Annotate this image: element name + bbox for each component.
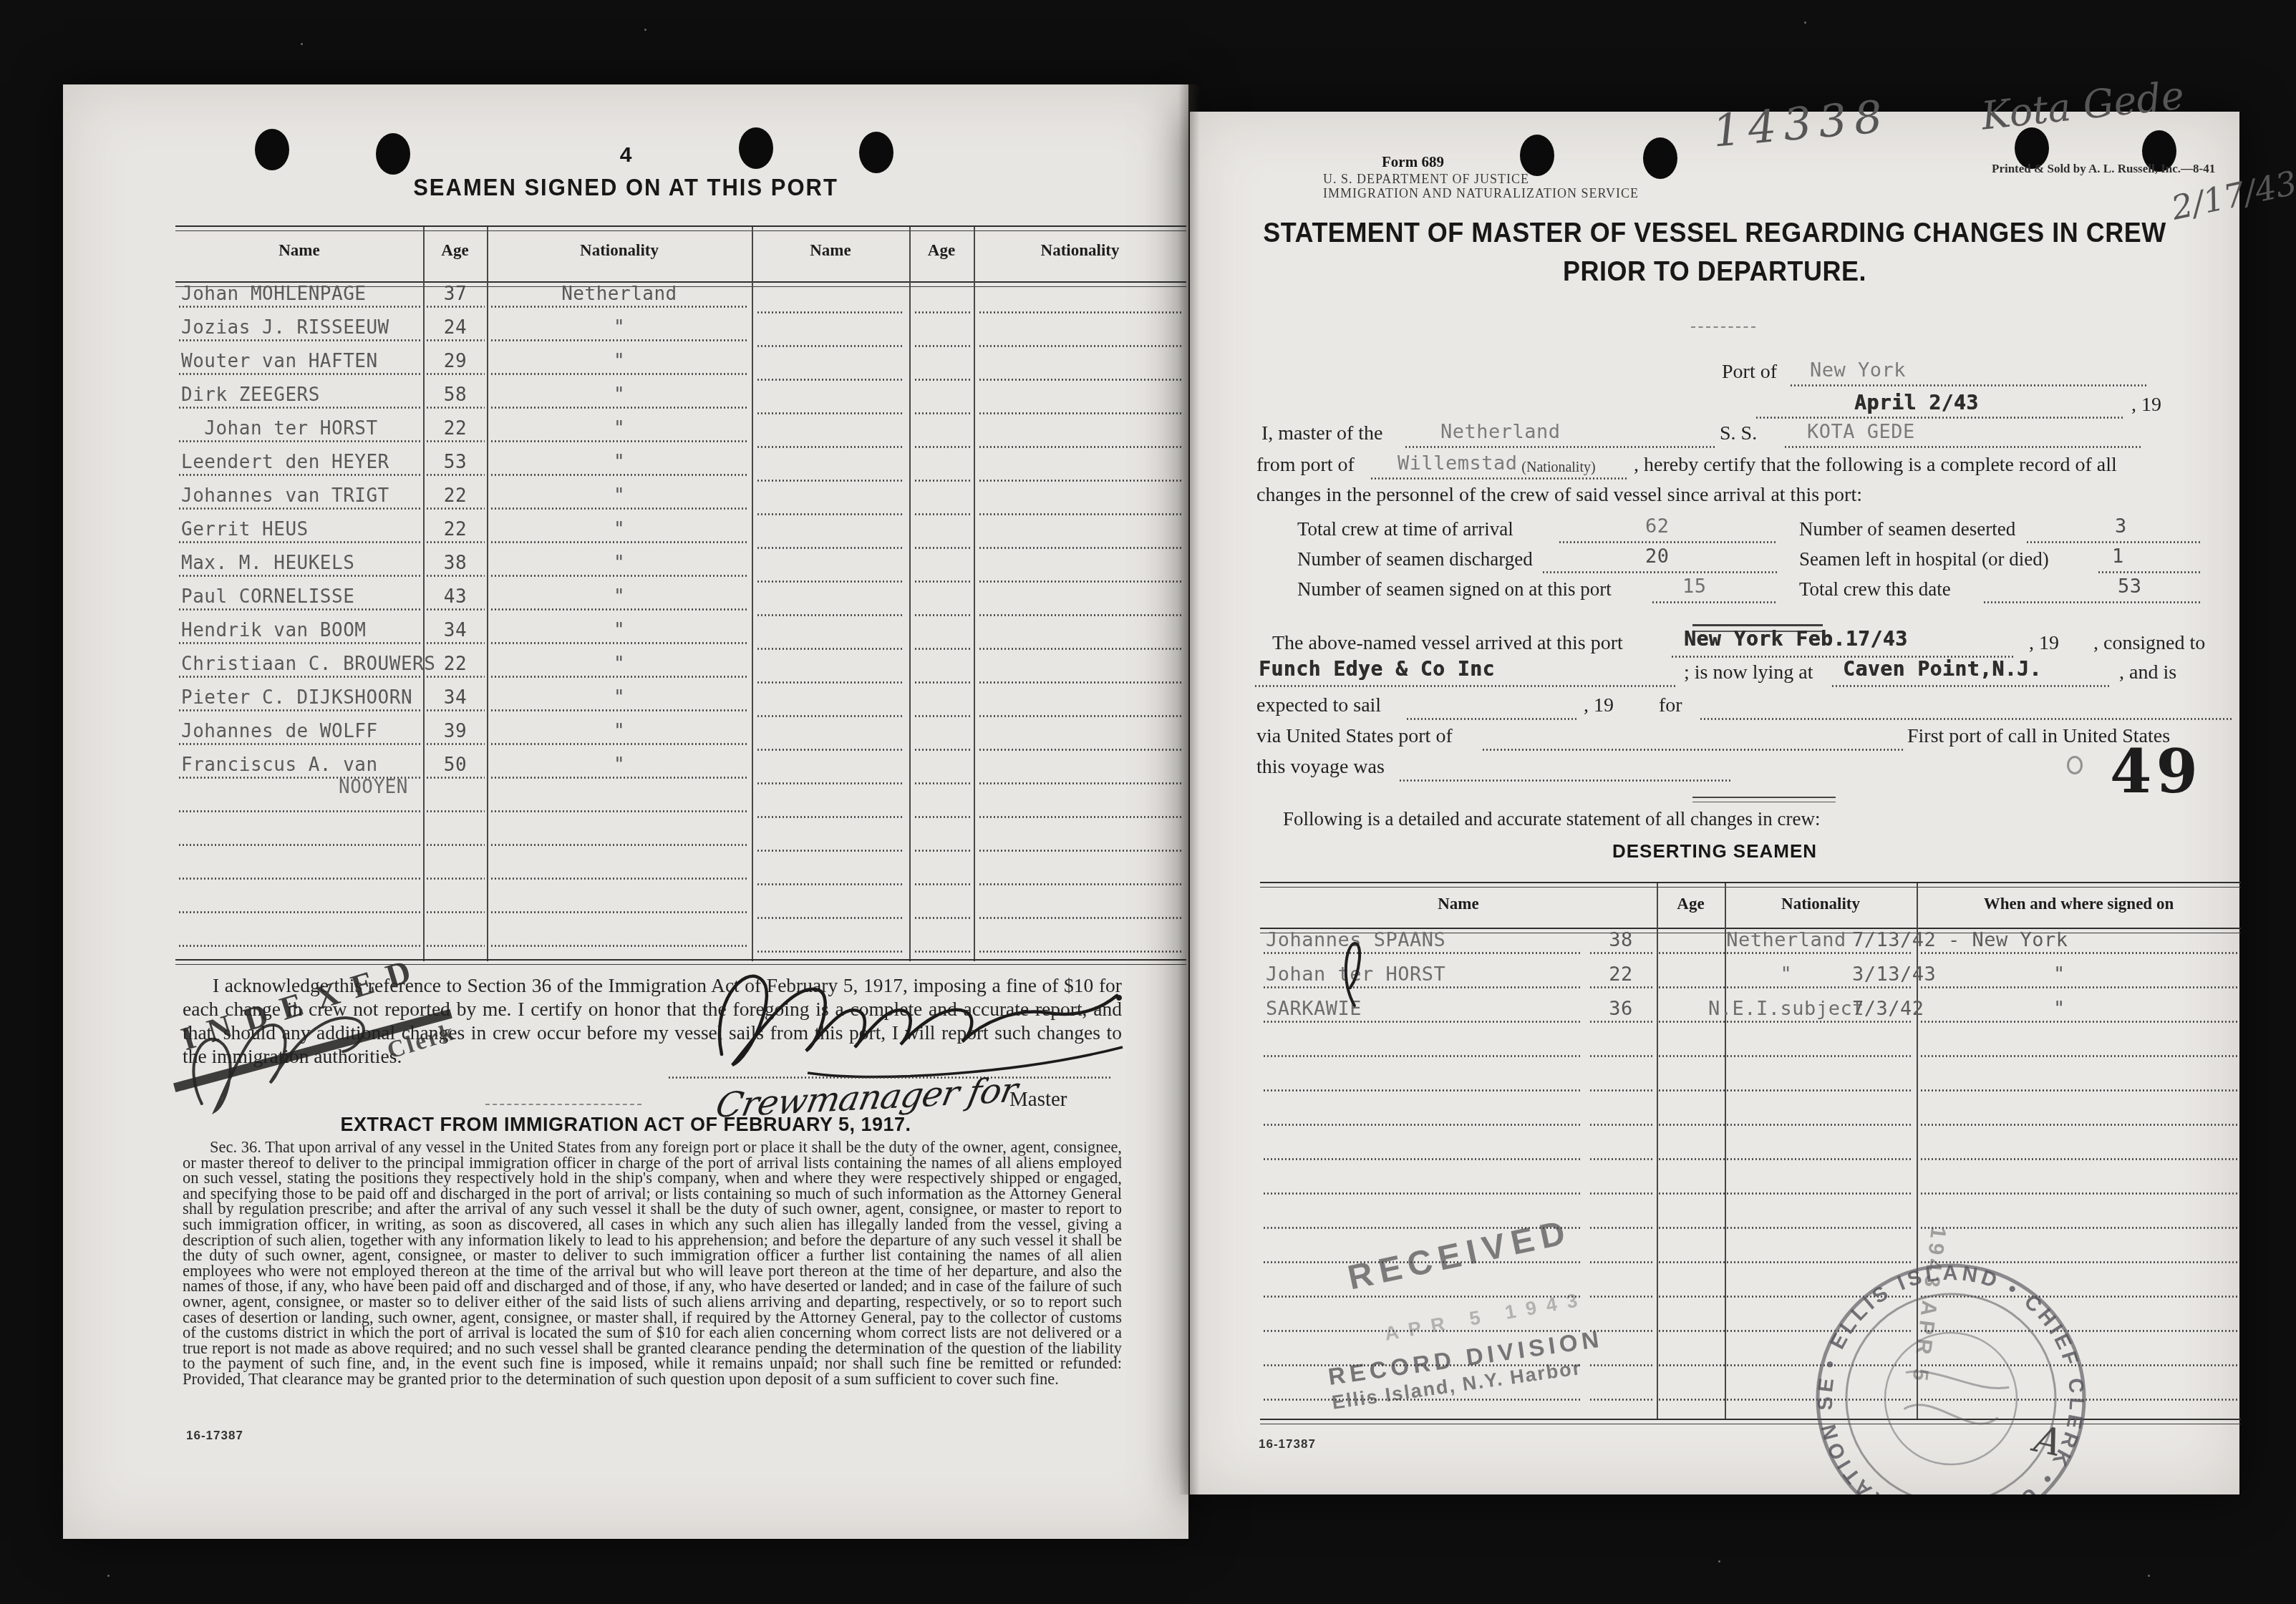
crew-name: Franciscus A. van: [181, 754, 378, 776]
crew-nationality: ": [489, 586, 750, 608]
extract-body: Sec. 36. That upon arrival of any vessel…: [183, 1139, 1122, 1387]
crew-age: 24: [423, 317, 488, 339]
crew-nationality: ": [489, 687, 750, 709]
column-header-name: Name: [752, 241, 909, 260]
scanner-speck: [1804, 21, 1806, 24]
crew-nationality: ": [489, 519, 750, 540]
crew-name: Paul CORNELISSE: [181, 586, 354, 608]
blank-row: [175, 880, 1186, 913]
crew-nationality: ": [489, 418, 750, 439]
chief-clerk-circular-stamp-icon: • ELLIS ISLAND • CHIEF CLERK • U. S. IMM…: [1768, 1216, 2133, 1494]
crew-name: Christiaan C. BROUWERS: [181, 653, 435, 675]
scanner-speck: [301, 43, 303, 45]
table-row: Christiaan C. BROUWERS 22 ": [175, 644, 1186, 678]
crew-nationality: ": [489, 553, 750, 574]
table-row: Wouter van HAFTEN 29 ": [175, 341, 1186, 375]
crew-nationality: ": [489, 721, 750, 742]
blank-row: [175, 779, 1186, 812]
crew-age: 50: [423, 754, 488, 776]
crew-nationality: Netherland: [489, 283, 750, 305]
crew-name: Jozias J. RISSEEUW: [181, 317, 389, 339]
crew-name: Hendrik van BOOM: [181, 620, 366, 641]
crew-name: Johannes van TRIGT: [181, 485, 389, 507]
form-print-number: 16-17387: [186, 1429, 243, 1443]
crew-nationality: ": [489, 620, 750, 641]
page-seam-shadow: [1178, 84, 1200, 1494]
circular-stamp-clip: • ELLIS ISLAND • CHIEF CLERK • U. S. IMM…: [1190, 112, 2239, 1494]
crew-name: Gerrit HEUS: [181, 519, 309, 540]
crew-name: Johan ter HORST: [181, 418, 378, 439]
right-page: 14338 Kota Gede 2/17/43 Form 689 U. S. D…: [1190, 112, 2239, 1494]
table-row: Johan ter HORST 22 ": [175, 409, 1186, 442]
crew-age: 53: [423, 452, 488, 473]
crew-age: 22: [423, 485, 488, 507]
column-header-name: Name: [175, 241, 423, 260]
crew-nationality: ": [489, 351, 750, 372]
crew-age: 22: [423, 653, 488, 675]
page-number: 4: [63, 143, 1188, 167]
crew-age: 58: [423, 384, 488, 406]
scanner-speck: [2148, 1575, 2150, 1577]
table-row: Gerrit HEUS 22 ": [175, 510, 1186, 543]
crew-age: 22: [423, 519, 488, 540]
crew-age: 38: [423, 553, 488, 574]
table-row: Franciscus A. van 50 " NOOYEN: [175, 745, 1186, 779]
scanner-speck: [107, 1575, 110, 1577]
scanner-speck: [1718, 1560, 1720, 1562]
table-row: Johan MOHLENPAGE 37 Netherland: [175, 274, 1186, 308]
crew-age: 22: [423, 418, 488, 439]
crew-age: 43: [423, 586, 488, 608]
crew-age: 34: [423, 620, 488, 641]
table-rule: [175, 225, 1186, 231]
column-header-age: Age: [423, 241, 487, 260]
table-row: Dirk ZEEGERS 58 ": [175, 375, 1186, 409]
table-row: Johannes de WOLFF 39 ": [175, 711, 1186, 745]
seamen-signed-on-table: Name Age Nationality Name Age Nationalit…: [175, 225, 1186, 964]
table-row: Johannes van TRIGT 22 ": [175, 476, 1186, 510]
scanner-speck: [644, 29, 646, 31]
master-signature-icon: [693, 933, 1130, 1083]
date-line: [485, 1104, 641, 1105]
crew-nationality: ": [489, 485, 750, 507]
crew-age: 34: [423, 687, 488, 709]
crew-nationality: ": [489, 384, 750, 406]
crew-name: Johan MOHLENPAGE: [181, 283, 366, 305]
crew-name: Pieter C. DIJKSHOORN: [181, 687, 412, 709]
crew-name: Wouter van HAFTEN: [181, 351, 378, 372]
table-row: Paul CORNELISSE 43 ": [175, 577, 1186, 611]
crew-name: Max. M. HEUKELS: [181, 553, 354, 574]
crew-name: Johannes de WOLFF: [181, 721, 378, 742]
crew-nationality: ": [489, 754, 750, 776]
crew-name: Dirk ZEEGERS: [181, 384, 320, 406]
table-row: Hendrik van BOOM 34 ": [175, 611, 1186, 644]
crew-nationality: ": [489, 653, 750, 675]
left-page-title: SEAMEN SIGNED ON AT THIS PORT: [63, 174, 1188, 201]
crew-age: 39: [423, 721, 488, 742]
form-print-number: 16-17387: [1259, 1437, 1316, 1452]
column-header-nationality: Nationality: [974, 241, 1186, 260]
table-row: Pieter C. DIJKSHOORN 34 ": [175, 678, 1186, 711]
blank-row: [175, 846, 1186, 880]
table-row: Leendert den HEYER 53 ": [175, 442, 1186, 476]
scanned-document: 4 SEAMEN SIGNED ON AT THIS PORT Name Age…: [0, 0, 2296, 1604]
crew-age: 29: [423, 351, 488, 372]
table-row: Max. M. HEUKELS 38 ": [175, 543, 1186, 577]
crew-name: Leendert den HEYER: [181, 452, 389, 473]
column-header-age: Age: [909, 241, 974, 260]
column-header-nationality: Nationality: [487, 241, 752, 260]
master-label: Master: [1009, 1088, 1067, 1112]
crew-age: 37: [423, 283, 488, 305]
left-page: 4 SEAMEN SIGNED ON AT THIS PORT Name Age…: [63, 84, 1188, 1539]
extract-title: EXTRACT FROM IMMIGRATION ACT OF FEBRUARY…: [63, 1114, 1188, 1136]
table-row: Jozias J. RISSEEUW 24 ": [175, 308, 1186, 341]
crew-nationality: ": [489, 452, 750, 473]
crew-nationality: ": [489, 317, 750, 339]
blank-row: [175, 812, 1186, 846]
